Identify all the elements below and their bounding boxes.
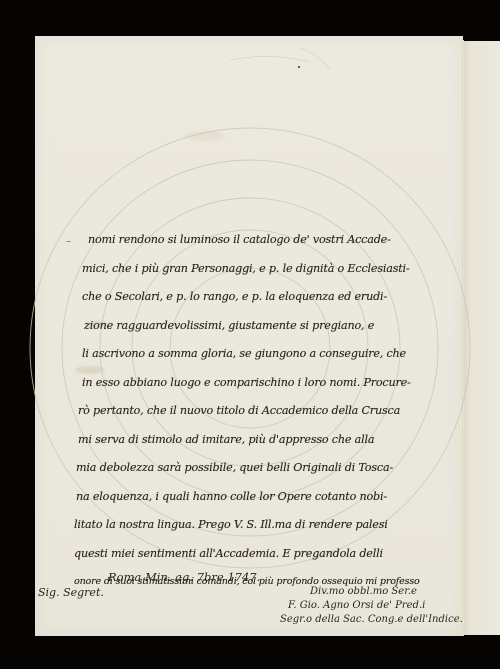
- letter-line: li ascrivono a somma gloria, se giungono…: [60, 340, 465, 369]
- letter-line: in esso abbiano luogo e comparischino i …: [60, 369, 465, 398]
- addressee: Sig. Segret.: [38, 586, 104, 599]
- letter-line: mia debolezza sarà possibile, quei belli…: [60, 454, 465, 483]
- letter-line: nomi rendono si luminoso il catalogo de'…: [60, 226, 465, 255]
- letter-line: litato la nostra lingua. Prego V. S. Ill…: [60, 511, 465, 540]
- letter-line: mi serva di stimolo ad imitare, più d'ap…: [60, 426, 465, 455]
- signature-block: Div.mo obbl.mo Ser.e F. Gio. Agno Orsi d…: [280, 585, 463, 627]
- paper-stain: [185, 131, 225, 141]
- signature-line: F. Gio. Agno Orsi de' Pred.i: [280, 599, 463, 613]
- letter-line: na eloquenza, i quali hanno colle lor Op…: [60, 483, 465, 512]
- letter-body: nomi rendono si luminoso il catalogo de'…: [60, 226, 465, 597]
- letter-line: zione ragguardevolissimi, giustamente si…: [60, 312, 465, 341]
- letter-line: rò pertanto, che il nuovo titolo di Acca…: [60, 397, 465, 426]
- ink-speck: [298, 66, 300, 68]
- dateline: Roma Min. ag. 7bre 1747.: [108, 570, 260, 584]
- facing-page-edge: [463, 41, 500, 635]
- letter-line: che o Secolari, e p. lo rango, e p. la e…: [60, 283, 465, 312]
- signature-line: Segr.o della Sac. Cong.e dell'Indice.: [280, 613, 463, 627]
- letter-line: questi miei sentimenti all'Accademia. E …: [60, 540, 465, 569]
- margin-mark: –: [66, 236, 71, 247]
- document-viewer: nomi rendono si luminoso il catalogo de'…: [0, 0, 500, 669]
- signature-line: Div.mo obbl.mo Ser.e: [280, 585, 463, 599]
- letter-line: mici, che i più gran Personaggi, e p. le…: [60, 255, 465, 284]
